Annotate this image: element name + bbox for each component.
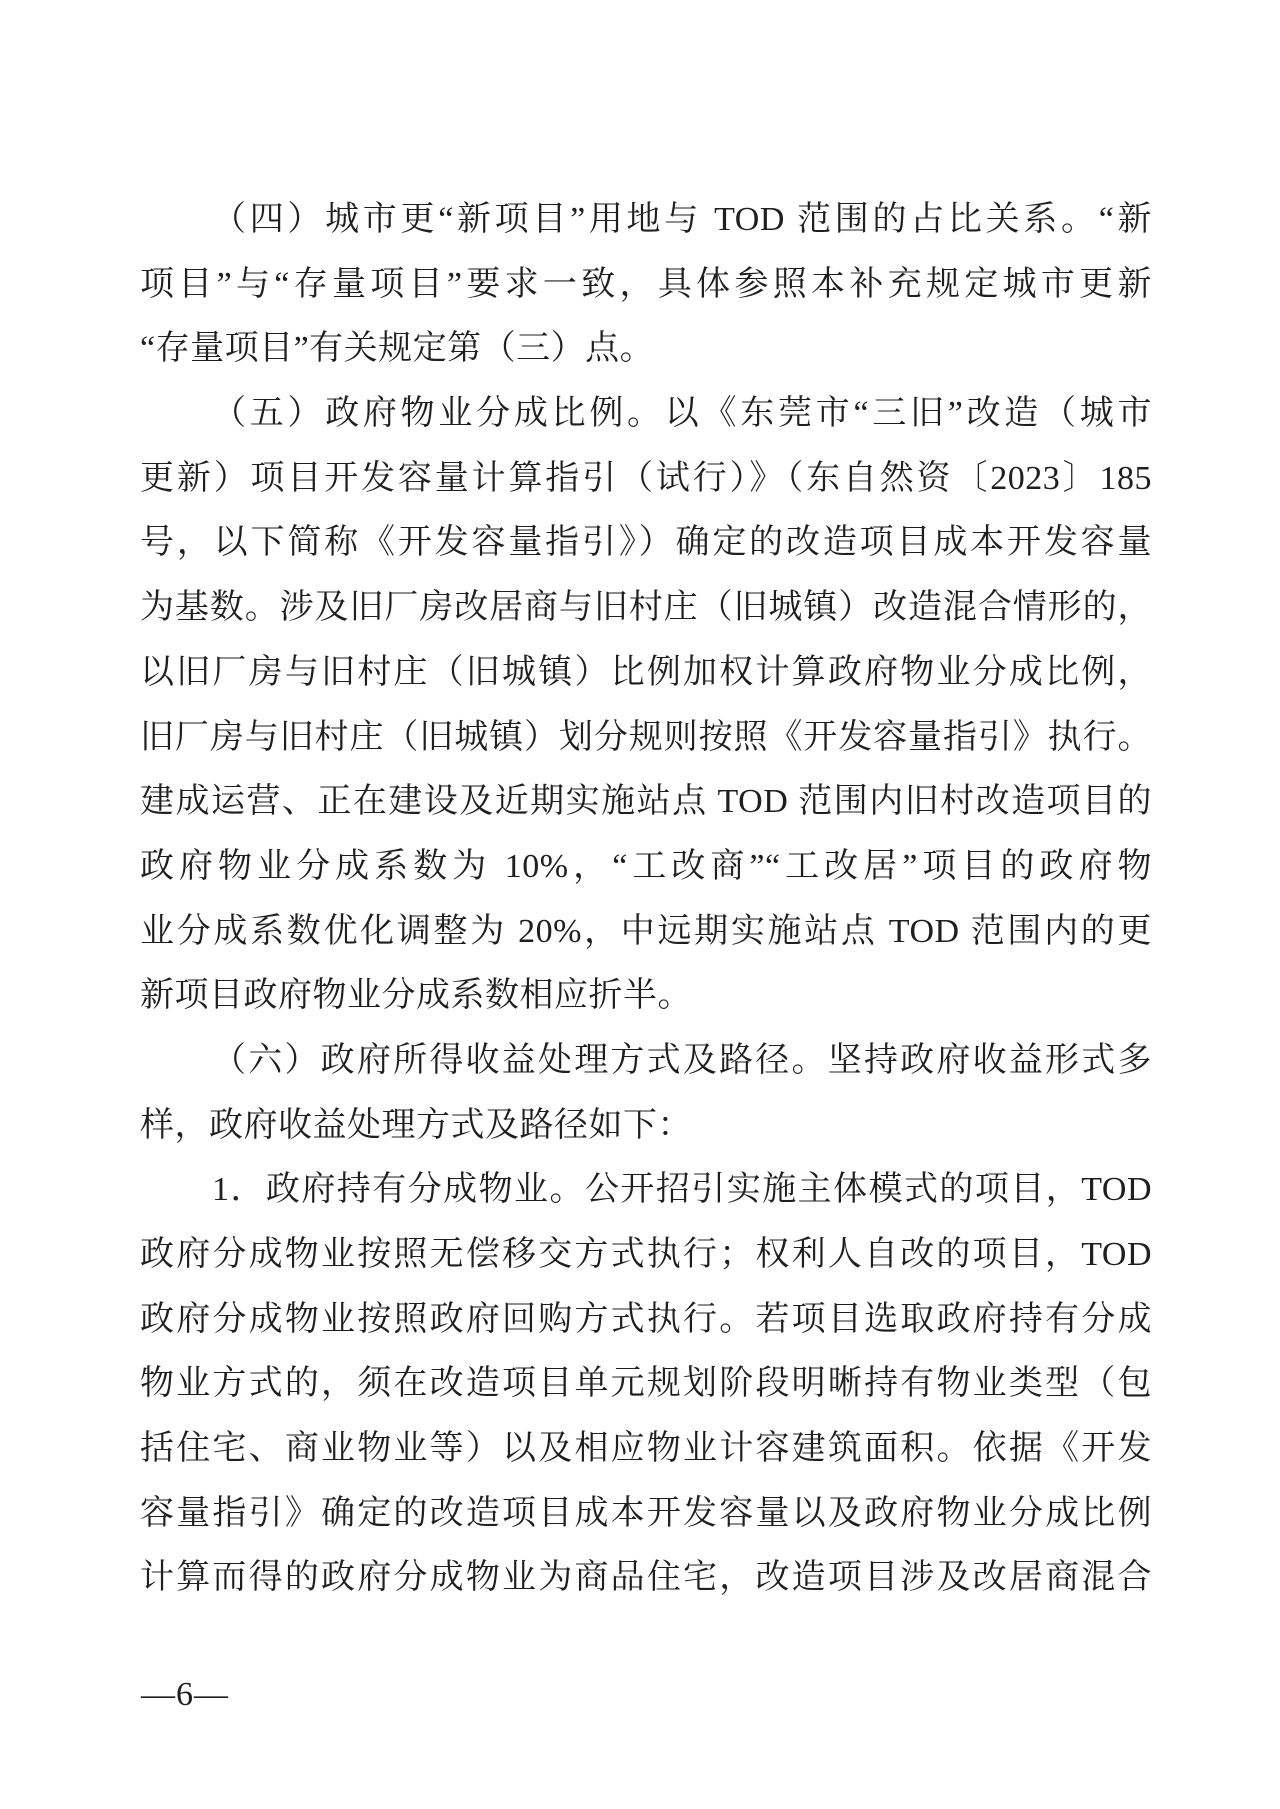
document-line: 政府物业分成系数为 10%，“工改商”“工改居”项目的政府物: [140, 835, 1152, 900]
document-line: 号，以下简称《开发容量指引》）确定的改造项目成本开发容量: [140, 511, 1152, 576]
document-line: 建成运营、正在建设及近期实施站点 TOD 范围内旧村改造项目的: [140, 770, 1152, 835]
document-line: 业分成系数优化调整为 20%，中远期实施站点 TOD 范围内的更: [140, 900, 1152, 965]
document-line: 括住宅、商业物业等）以及相应物业计容建筑面积。依据《开发: [140, 1417, 1152, 1482]
document-line: 政府分成物业按照政府回购方式执行。若项目选取政府持有分成: [140, 1288, 1152, 1353]
document-line: 以旧厂房与旧村庄（旧城镇）比例加权计算政府物业分成比例，: [140, 641, 1152, 706]
document-line: （五）政府物业分成比例。以《东莞市“三旧”改造（城市: [140, 382, 1152, 447]
document-line: 旧厂房与旧村庄（旧城镇）划分规则按照《开发容量指引》执行。: [140, 706, 1152, 771]
document-page: （四）城市更“新项目”用地与 TOD 范围的占比关系。“新项目”与“存量项目”要…: [0, 0, 1280, 1809]
document-line: 更新）项目开发容量计算指引（试行）》（东自然资〔2023〕185: [140, 447, 1152, 512]
document-line: 项目”与“存量项目”要求一致，具体参照本补充规定城市更新: [140, 253, 1152, 318]
document-body: （四）城市更“新项目”用地与 TOD 范围的占比关系。“新项目”与“存量项目”要…: [140, 188, 1152, 1611]
document-line: “存量项目”有关规定第（三）点。: [140, 317, 1152, 382]
document-line: 计算而得的政府分成物业为商品住宅，改造项目涉及改居商混合: [140, 1546, 1152, 1611]
document-line: 容量指引》确定的改造项目成本开发容量以及政府物业分成比例: [140, 1482, 1152, 1547]
page-number: —6—: [141, 1663, 229, 1728]
document-line: 物业方式的，须在改造项目单元规划阶段明晰持有物业类型（包: [140, 1352, 1152, 1417]
document-line: （四）城市更“新项目”用地与 TOD 范围的占比关系。“新: [140, 188, 1152, 253]
document-line: 样，政府收益处理方式及路径如下：: [140, 1094, 1152, 1159]
document-line: 新项目政府物业分成系数相应折半。: [140, 964, 1152, 1029]
document-line: （六）政府所得收益处理方式及路径。坚持政府收益形式多: [140, 1029, 1152, 1094]
document-line: 为基数。涉及旧厂房改居商与旧村庄（旧城镇）改造混合情形的，: [140, 576, 1152, 641]
document-line: 1．政府持有分成物业。公开招引实施主体模式的项目，TOD: [140, 1158, 1152, 1223]
document-line: 政府分成物业按照无偿移交方式执行；权利人自改的项目，TOD: [140, 1223, 1152, 1288]
